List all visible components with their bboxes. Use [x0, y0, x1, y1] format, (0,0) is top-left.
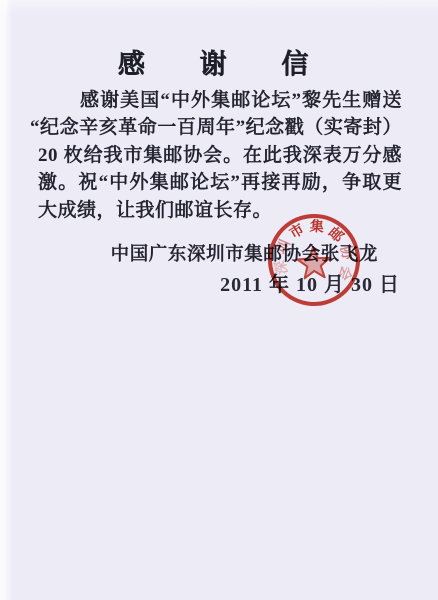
letter-page: 感 谢 信 感谢美国“中外集邮论坛”黎先生赠送 “纪念辛亥革命一百周年”纪念戳（… [0, 0, 438, 600]
date-line: 2011 年 10 月 30 日 [220, 268, 400, 297]
body-line: 感谢美国“中外集邮论坛”黎先生赠送 [38, 87, 402, 114]
body-line: 大成绩，让我们邮谊长存。 [38, 197, 402, 224]
letter-title: 感 谢 信 [0, 42, 438, 81]
body-line: 激。祝“中外集邮论坛”再接再励，争取更 [38, 169, 402, 196]
body-line: “纪念辛亥革命一百周年”纪念戳（实寄封） [30, 114, 402, 141]
body-line: 20 枚给我市集邮协会。在此我深表万分感 [38, 142, 402, 169]
letter-body: 感谢美国“中外集邮论坛”黎先生赠送 “纪念辛亥革命一百周年”纪念戳（实寄封） 2… [38, 87, 402, 224]
signature-line: 中国广东深圳市集邮协会张飞龙 [111, 240, 378, 266]
